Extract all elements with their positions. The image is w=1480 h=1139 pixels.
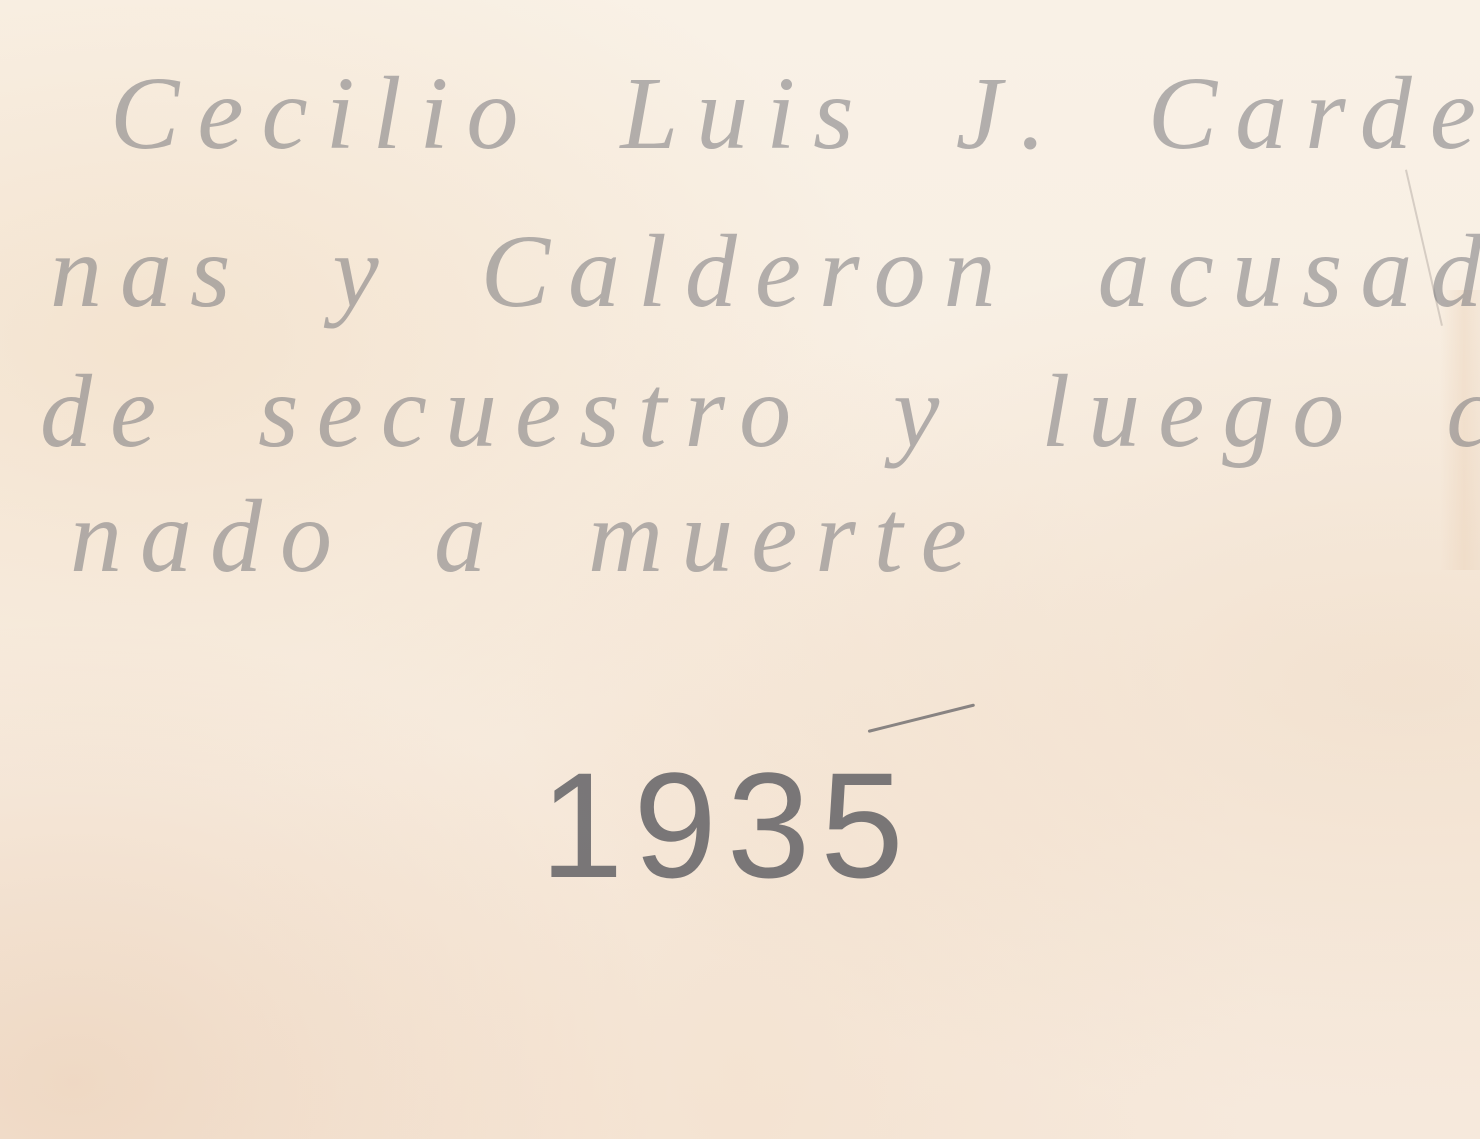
- handwritten-inscription: Cecilio Luis J. Carde- nas y Calderon ac…: [0, 0, 1480, 1139]
- inscription-line-3: de secuestro y luego conde-: [40, 360, 1480, 464]
- handwritten-year: 1935: [540, 750, 914, 900]
- inscription-line-4: nado a muerte: [70, 485, 985, 589]
- inscription-line-1: Cecilio Luis J. Carde-: [110, 62, 1480, 166]
- inscription-line-2: nas y Calderon acusado: [50, 220, 1480, 324]
